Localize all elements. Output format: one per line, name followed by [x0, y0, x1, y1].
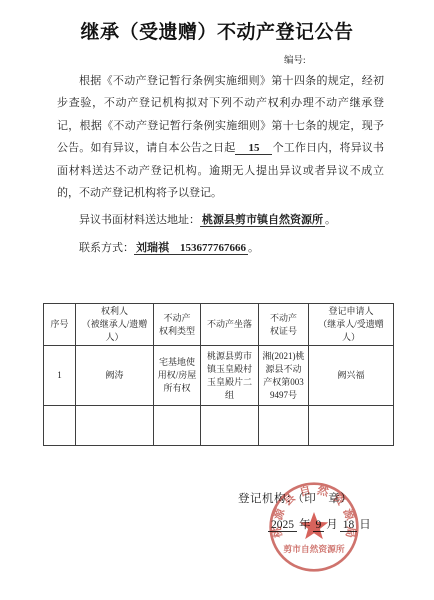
contact-line: 联系方式：刘瑞祺 153677767666。 — [57, 237, 384, 259]
contact-period: 。 — [248, 242, 259, 254]
cell-empty — [309, 406, 394, 446]
contact-value: 刘瑞祺 153677767666 — [134, 242, 248, 255]
cell-empty — [201, 406, 259, 446]
day-unit: 日 — [359, 519, 371, 531]
address-value: 桃源县剪市镇自然资源所 — [200, 214, 325, 227]
page-title: 继承（受遗赠）不动产登记公告 — [0, 17, 434, 44]
date-month: 9 — [313, 519, 325, 532]
date-day: 18 — [340, 519, 358, 532]
cell-empty — [154, 406, 201, 446]
records-table: 序号 权利人（被继承人/遗赠人） 不动产权利类型 不动产坐落 不动产权证号 登记… — [43, 303, 394, 446]
address-line: 异议书面材料送达地址：桃源县剪市镇自然资源所。 — [57, 209, 384, 231]
address-label: 异议书面材料送达地址： — [79, 214, 200, 226]
contact-label: 联系方式： — [79, 242, 134, 254]
cell-index: 1 — [44, 346, 76, 406]
cell-empty — [76, 406, 154, 446]
notice-body: 根据《不动产登记暂行条例实施细则》第十四条的规定，经初步查验，不动产登记机构拟对… — [57, 70, 384, 204]
objection-days-value: 15 — [235, 142, 272, 155]
cell-empty — [259, 406, 309, 446]
month-unit: 月 — [326, 519, 338, 531]
cell-rights-holder: 阙涛 — [76, 346, 154, 406]
header-cell-rights-holder: 权利人（被继承人/遗赠人） — [76, 304, 154, 346]
table-row: 1 阙涛 宅基地使用权/房屋所有权 桃源县剪市镇玉皇殿村玉皇殿片二组 湘(202… — [44, 346, 394, 406]
table-header-row: 序号 权利人（被继承人/遗赠人） 不动产权利类型 不动产坐落 不动产权证号 登记… — [44, 304, 394, 346]
authority-line: 登记机构：（印 章） — [238, 490, 352, 506]
doc-number-label: 编号: — [284, 52, 434, 66]
cell-applicant: 阙兴福 — [309, 346, 394, 406]
cell-location: 桃源县剪市镇玉皇殿村玉皇殿片二组 — [201, 346, 259, 406]
seal-office-text: 剪市自然资源所 — [283, 543, 344, 554]
cell-certificate-no: 湘(2021)桃源县不动产权第0039497号 — [259, 346, 309, 406]
cell-empty — [44, 406, 76, 446]
header-cell-certificate-no: 不动产权证号 — [259, 304, 309, 346]
cell-right-type: 宅基地使用权/房屋所有权 — [154, 346, 201, 406]
table-row-empty — [44, 406, 394, 446]
header-cell-applicant: 登记申请人（继承人/受遗赠人） — [309, 304, 394, 346]
announcement-document: 继承（受遗赠）不动产登记公告 编号: 根据《不动产登记暂行条例实施细则》第十四条… — [0, 0, 434, 600]
header-cell-location: 不动产坐落 — [201, 304, 259, 346]
date-line: 2025年9月18日 — [268, 516, 373, 532]
header-cell-index: 序号 — [44, 304, 76, 346]
year-unit: 年 — [299, 519, 311, 531]
address-period: 。 — [325, 214, 336, 226]
header-cell-right-type: 不动产权利类型 — [154, 304, 201, 346]
date-year: 2025 — [268, 519, 297, 532]
notice-paragraph: 根据《不动产登记暂行条例实施细则》第十四条的规定，经初步查验，不动产登记机构拟对… — [57, 70, 384, 204]
